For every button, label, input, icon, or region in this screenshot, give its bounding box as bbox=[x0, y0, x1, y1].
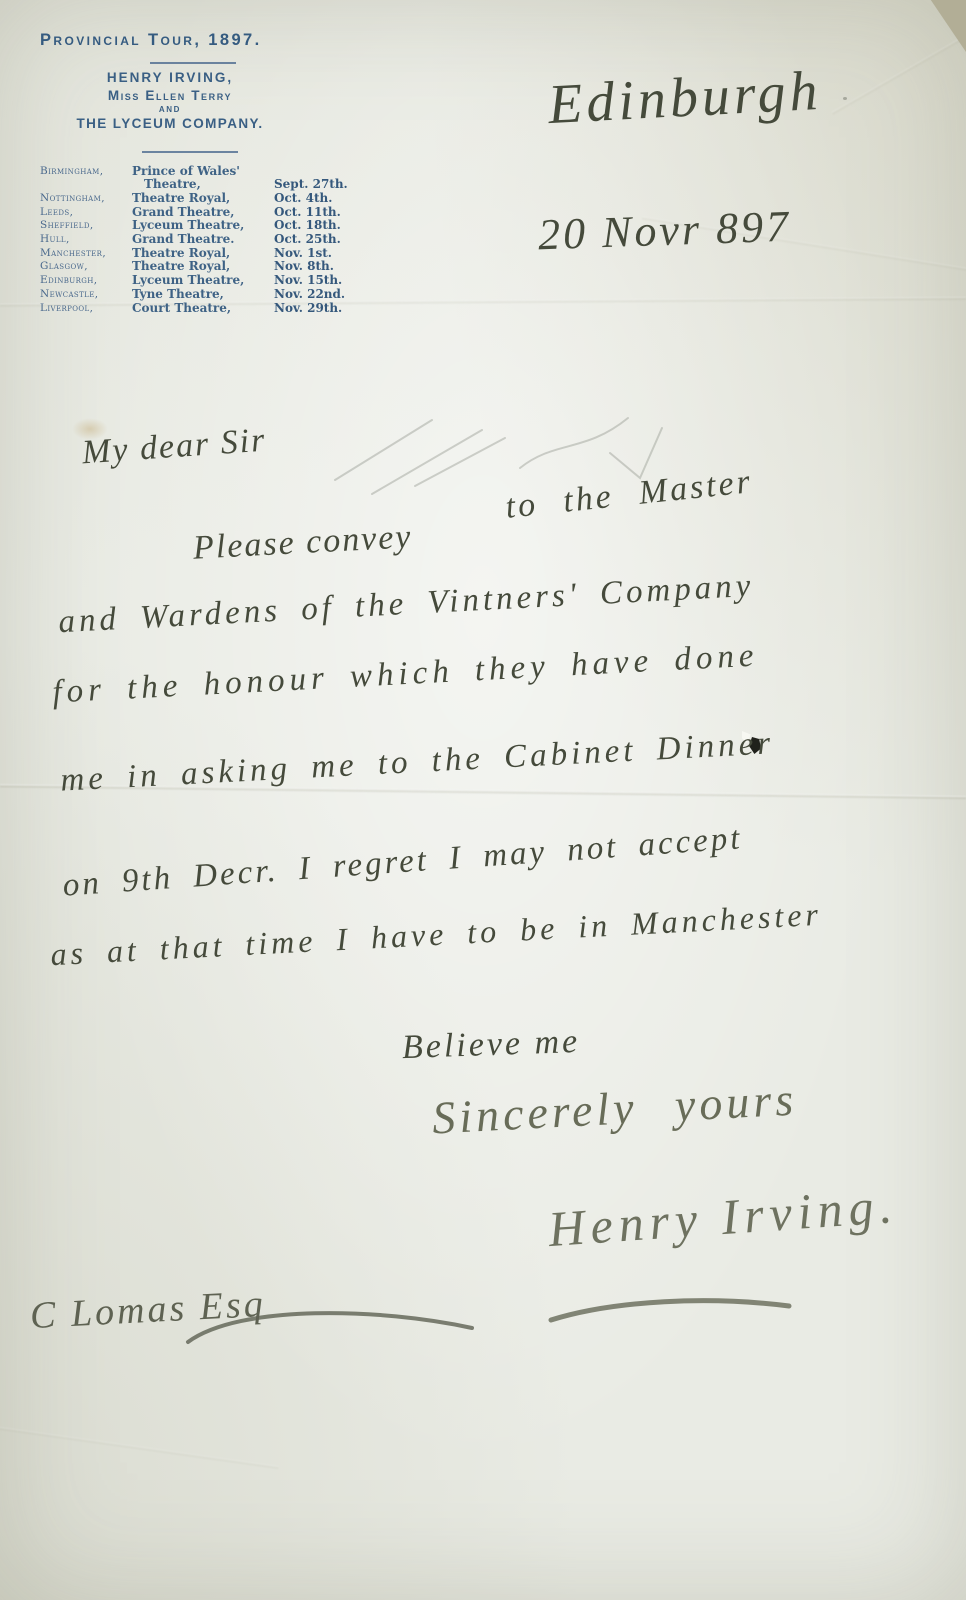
ink-speck bbox=[843, 97, 847, 100]
letterhead-name-company: The Lyceum Company. bbox=[30, 116, 310, 131]
itinerary-theatre: Lyceum Theatre, bbox=[132, 274, 274, 288]
itinerary-date: Sept. 27th. bbox=[274, 165, 348, 192]
letter-photo: Provincial Tour, 1897. Henry Irving, Mis… bbox=[0, 0, 966, 1600]
handwritten-body-line: for the honour which they have done bbox=[52, 638, 760, 712]
itinerary-row: Newcastle, Tyne Theatre, Nov. 22nd. bbox=[40, 288, 348, 302]
itinerary-date: Oct. 4th. bbox=[274, 192, 348, 206]
signature-flourish bbox=[545, 1288, 795, 1333]
itinerary-city: Glasgow, bbox=[40, 260, 132, 274]
letterhead-rule bbox=[142, 151, 238, 153]
itinerary-city: Newcastle, bbox=[40, 288, 132, 302]
itinerary-date: Oct. 18th. bbox=[274, 219, 348, 233]
itinerary-row: Edinburgh, Lyceum Theatre, Nov. 15th. bbox=[40, 274, 348, 288]
itinerary-theatre: Court Theatre, bbox=[132, 302, 274, 316]
itinerary-date: Nov. 22nd. bbox=[274, 288, 348, 302]
handwritten-date: 20 Novr 897 bbox=[537, 201, 792, 261]
itinerary-city: Liverpool, bbox=[40, 302, 132, 316]
handwritten-signature: Henry Irving. bbox=[546, 1176, 899, 1258]
itinerary-row: Birmingham, Prince of Wales' Theatre, Se… bbox=[40, 165, 348, 192]
itinerary-row: Hull, Grand Theatre. Oct. 25th. bbox=[40, 233, 348, 247]
itinerary-date: Nov. 15th. bbox=[274, 274, 348, 288]
addressee-flourish bbox=[180, 1290, 480, 1370]
itinerary-city: Birmingham, bbox=[40, 165, 132, 192]
handwritten-body-line: me in asking me to the Cabinet Dinner bbox=[60, 725, 775, 799]
handwritten-place: Edinburgh bbox=[547, 59, 823, 137]
handwritten-body-line: Please convey bbox=[192, 518, 413, 567]
itinerary-theatre: Theatre Royal, bbox=[132, 247, 274, 261]
itinerary-theatre: Tyne Theatre, bbox=[132, 288, 274, 302]
letter-paper: Provincial Tour, 1897. Henry Irving, Mis… bbox=[0, 0, 966, 1600]
letterhead-name-irving: Henry Irving, bbox=[30, 70, 310, 85]
itinerary-theatre: Prince of Wales' Theatre, bbox=[132, 165, 274, 192]
itinerary-row: Liverpool, Court Theatre, Nov. 29th. bbox=[40, 302, 348, 316]
itinerary-row: Leeds, Grand Theatre, Oct. 11th. bbox=[40, 206, 348, 220]
itinerary-date: Nov. 29th. bbox=[274, 302, 348, 316]
handwritten-body-line: and Wardens of the Vintners' Company bbox=[58, 568, 756, 641]
itinerary-city: Hull, bbox=[40, 233, 132, 247]
itinerary-theatre: Lyceum Theatre, bbox=[132, 219, 274, 233]
handwritten-body-line: as at that time I have to be in Manchest… bbox=[50, 896, 823, 973]
letterhead-name-terry: Miss Ellen Terry bbox=[30, 88, 310, 103]
itinerary-city: Leeds, bbox=[40, 206, 132, 220]
handwritten-body-line: on 9th Decr. I regret I may not accept bbox=[62, 820, 744, 904]
letterhead-and: and bbox=[30, 105, 310, 114]
handwritten-closing: Believe me bbox=[401, 1023, 580, 1067]
letterhead-title: Provincial Tour, 1897. bbox=[40, 31, 262, 50]
itinerary-row: Manchester, Theatre Royal, Nov. 1st. bbox=[40, 247, 348, 261]
itinerary-theatre: Theatre Royal, bbox=[132, 192, 274, 206]
itinerary-row: Sheffield, Lyceum Theatre, Oct. 18th. bbox=[40, 219, 348, 233]
itinerary-theatre: Theatre Royal, bbox=[132, 260, 274, 274]
itinerary-city: Sheffield, bbox=[40, 219, 132, 233]
handwritten-salutation: My dear Sir bbox=[81, 422, 268, 473]
itinerary-row: Nottingham, Theatre Royal, Oct. 4th. bbox=[40, 192, 348, 206]
itinerary-city: Manchester, bbox=[40, 247, 132, 261]
wrinkle-crease bbox=[0, 1424, 279, 1470]
itinerary-date: Oct. 11th. bbox=[274, 206, 348, 220]
letterhead-company-block: Henry Irving, Miss Ellen Terry and The L… bbox=[30, 70, 310, 131]
itinerary-row: Glasgow, Theatre Royal, Nov. 8th. bbox=[40, 260, 348, 274]
itinerary-theatre: Grand Theatre, bbox=[132, 206, 274, 220]
itinerary-date: Oct. 25th. bbox=[274, 233, 348, 247]
letterhead-rule bbox=[150, 62, 236, 64]
itinerary-city: Edinburgh, bbox=[40, 274, 132, 288]
itinerary-date: Nov. 8th. bbox=[274, 260, 348, 274]
tour-itinerary-table: Birmingham, Prince of Wales' Theatre, Se… bbox=[40, 165, 348, 315]
handwritten-closing: Sincerely yours bbox=[431, 1072, 798, 1144]
itinerary-theatre: Grand Theatre. bbox=[132, 233, 274, 247]
itinerary-date: Nov. 1st. bbox=[274, 247, 348, 261]
itinerary-city: Nottingham, bbox=[40, 192, 132, 206]
